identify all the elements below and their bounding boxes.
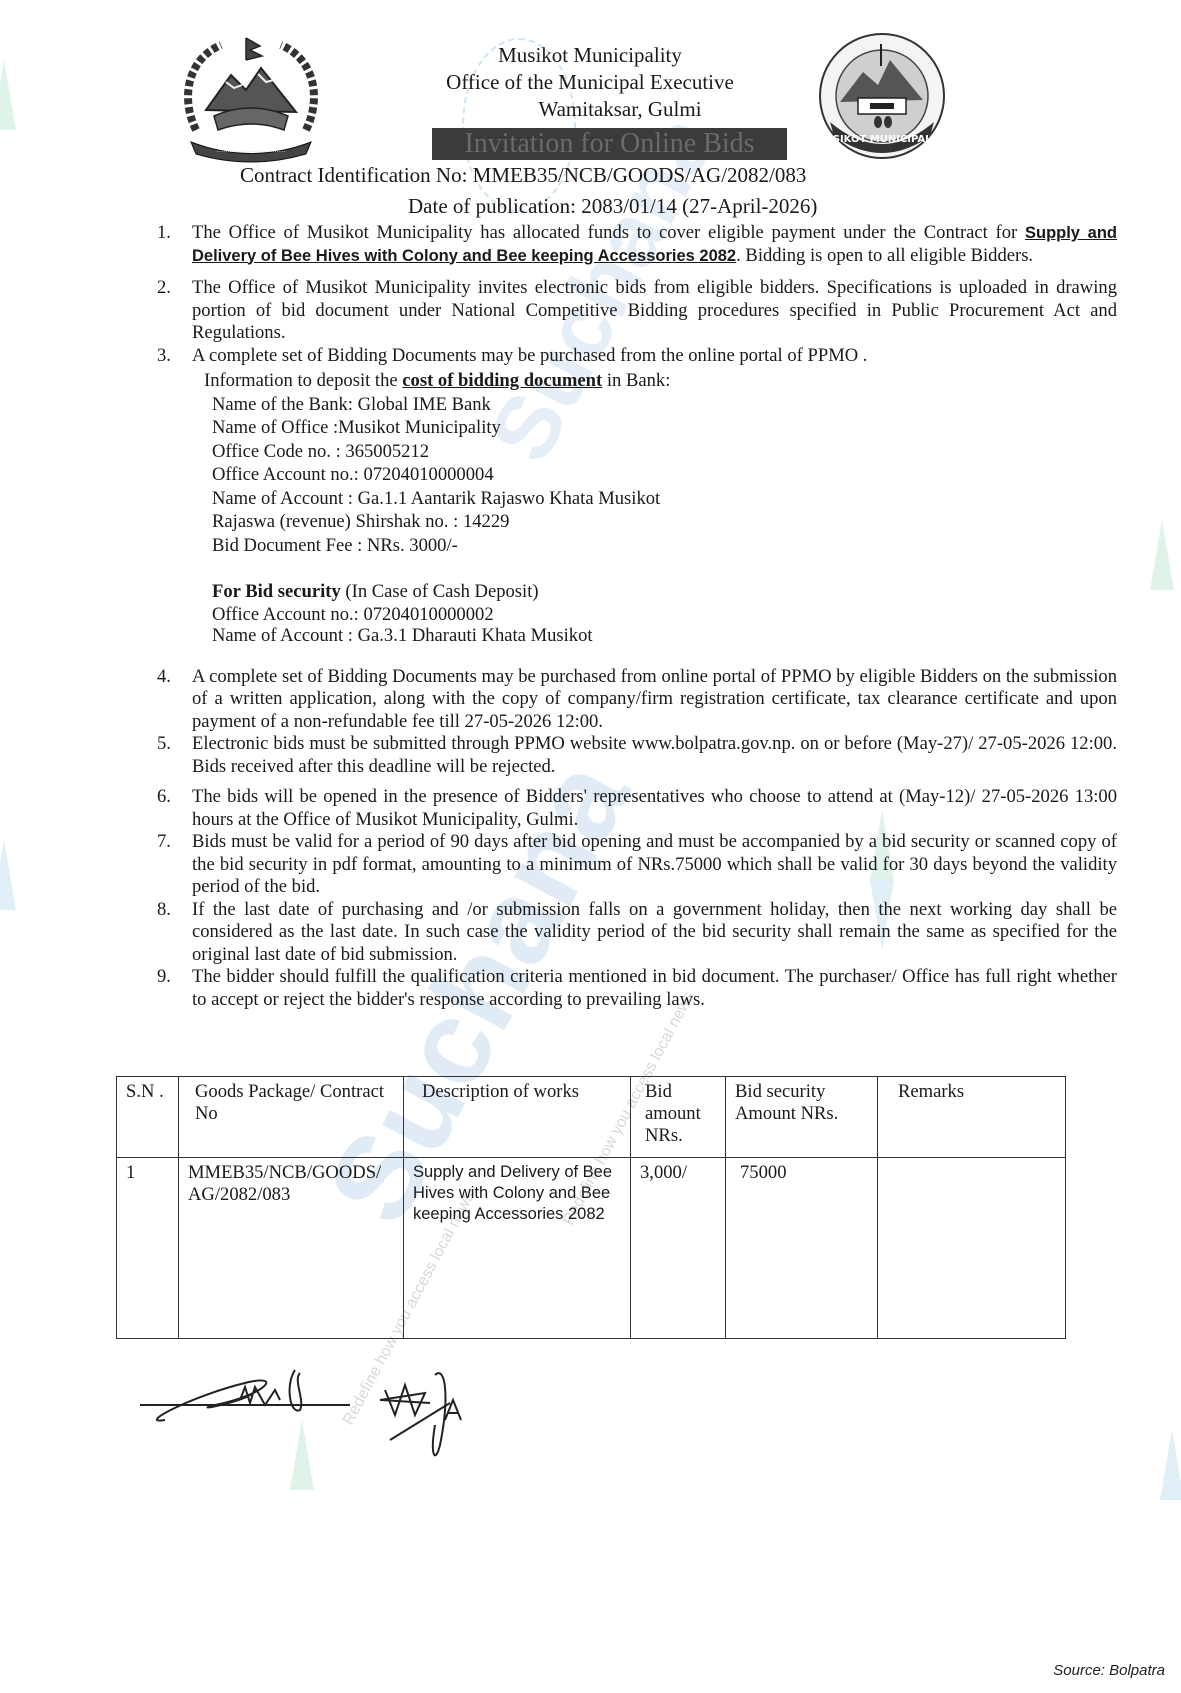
bid-document-fee: Bid Document Fee : NRs. 3000/- [212,534,1117,558]
cell-remarks [878,1158,1066,1339]
clause-3: 3. A complete set of Bidding Documents m… [157,345,1117,646]
clause-5: 5. Electronic bids must be submitted thr… [157,733,1117,778]
watermark-arrow-icon [0,60,16,130]
notice-title-banner: Invitation for Online Bids [432,128,787,160]
clause-8: 8. If the last date of purchasing and /o… [157,899,1117,967]
letterhead: Musikot Municipality Office of the Munic… [380,42,800,123]
clause-1: 1. The Office of Musikot Municipality ha… [157,222,1117,267]
bank-name: Name of the Bank: Global IME Bank [212,393,1117,417]
watermark-arrow-icon [0,840,16,910]
clause-6: 6. The bids will be opened in the presen… [157,786,1117,831]
security-account-name: Name of Account : Ga.3.1 Dharauti Khata … [212,625,1117,646]
nepal-government-emblem-icon: ······························· [176,30,326,165]
bank-deposit-info: Information to deposit the cost of biddi… [192,369,1117,646]
office-code: Office Code no. : 365005212 [212,440,1117,464]
tender-notice-page: Suchana Suchana Redefine how you access … [0,0,1181,1693]
cell-sn: 1 [117,1158,179,1339]
account-name: Name of Account : Ga.1.1 Aantarik Rajasw… [212,487,1117,511]
office-location: Wamitaksar, Gulmi [380,96,800,123]
office-account-number: Office Account no.: 07204010000004 [212,463,1117,487]
office-name-line: Name of Office :Musikot Municipality [212,416,1117,440]
clause-4: 4. A complete set of Bidding Documents m… [157,666,1117,734]
clause-9: 9. The bidder should fulfill the qualifi… [157,966,1117,1011]
column-header-bid-security: Bid security Amount NRs. [726,1077,878,1158]
cell-bid-security: 75000 [726,1158,878,1339]
column-header-description: Description of works [404,1077,631,1158]
svg-text:······························: ······························· [217,148,286,156]
source-credit: Source: Bolpatra [1053,1662,1165,1679]
notice-clauses: 1. The Office of Musikot Municipality ha… [157,222,1117,1011]
column-header-bid-amount: Bid amount NRs. [631,1077,726,1158]
bid-security-heading: For Bid security (In Case of Cash Deposi… [212,580,1117,604]
watermark-arrow-icon [1160,1430,1181,1500]
column-header-contract-no: Goods Package/ Contract No [179,1077,404,1158]
column-header-remarks: Remarks [878,1077,1066,1158]
musikot-municipality-logo-icon: MUSIKOT MUNICIPALITY [808,30,956,162]
bid-details-table: S.N . Goods Package/ Contract No Descrip… [116,1076,1066,1339]
office-name: Office of the Municipal Executive [380,69,800,96]
svg-text:MUSIKOT MUNICIPALITY: MUSIKOT MUNICIPALITY [815,134,950,145]
revenue-heading-number: Rajaswa (revenue) Shirshak no. : 14229 [212,510,1117,534]
column-header-sn: S.N . [117,1077,179,1158]
watermark-arrow-icon [1150,520,1174,590]
cell-contract-no: MMEB35/NCB/GOODS/AG/2082/083 [179,1158,404,1339]
clause-2: 2. The Office of Musikot Municipality in… [157,277,1117,345]
signatures [135,1365,475,1470]
cell-description: Supply and Delivery of Bee Hives with Co… [404,1158,631,1339]
signature-1-icon [140,1370,350,1421]
signature-2-icon [380,1373,461,1455]
clause-7: 7. Bids must be valid for a period of 90… [157,831,1117,899]
org-name: Musikot Municipality [380,42,800,69]
table-header-row: S.N . Goods Package/ Contract No Descrip… [117,1077,1066,1158]
publication-date: Date of publication: 2083/01/14 (27-Apri… [408,194,817,219]
table-row: 1 MMEB35/NCB/GOODS/AG/2082/083 Supply an… [117,1158,1066,1339]
cell-bid-amount: 3,000/ [631,1158,726,1339]
contract-identification-number: Contract Identification No: MMEB35/NCB/G… [240,163,806,188]
security-account-number: Office Account no.: 07204010000002 [212,604,1117,625]
